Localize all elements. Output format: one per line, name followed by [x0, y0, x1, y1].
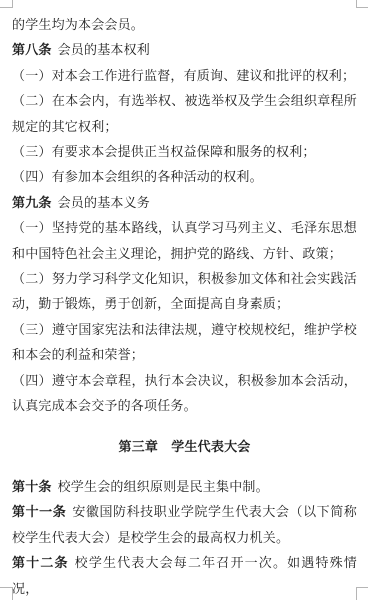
paragraph: （四）遵守本会章程，执行本会决议，积极参加本会活动，认真完成本会交予的各项任务。 — [12, 368, 357, 419]
article-number: 第九条 — [12, 195, 52, 210]
paragraph: 第十条校学生会的组织原则是民主集中制。 — [12, 474, 357, 499]
article-number: 第十一条 — [12, 504, 66, 519]
paragraph: 的学生均为本会会员。 — [12, 12, 357, 37]
crop-mark-top-right-icon — [356, 0, 368, 8]
paragraph-text: （三）遵守国家宪法和法律法规，遵守校规校纪，维护学校和本会的利益和荣誉； — [12, 322, 357, 362]
paragraph: （二）努力学习科学文化知识，积极参加文体和社会实践活动，勤于锻炼，勇于创新，全面… — [12, 266, 357, 317]
paragraph-text: （一）对本会工作进行监督，有质询、建议和批评的权利； — [12, 68, 355, 83]
paragraph-text: （三）有要求本会提供正当权益保障和服务的权利； — [12, 144, 316, 159]
paragraph-text: 会员的基本义务 — [58, 195, 150, 210]
document-body[interactable]: 的学生均为本会会员。 第八条会员的基本权利 （一）对本会工作进行监督，有质询、建… — [12, 12, 357, 600]
paragraph: （三）有要求本会提供正当权益保障和服务的权利； — [12, 139, 357, 164]
crop-mark-bottom-right-icon — [356, 587, 368, 600]
paragraph-text: （四）有参加本会组织的各种活动的权利。 — [12, 169, 263, 184]
paragraph-text: （四）遵守本会章程，执行本会决议，积极参加本会活动，认真完成本会交予的各项任务。 — [12, 373, 357, 413]
paragraph: （一）对本会工作进行监督，有质询、建议和批评的权利； — [12, 63, 357, 88]
article-number: 第十条 — [12, 479, 52, 494]
paragraph: 第九条会员的基本义务 — [12, 190, 357, 215]
paragraph-text: （二）努力学习科学文化知识，积极参加文体和社会实践活动，勤于锻炼，勇于创新，全面… — [12, 271, 357, 311]
paragraph-text: 校学生会的组织原则是民主集中制。 — [58, 479, 269, 494]
crop-mark-top-left-icon — [0, 0, 13, 8]
paragraph: （四）有参加本会组织的各种活动的权利。 — [12, 164, 357, 189]
chapter-heading: 第三章 学生代表大会 — [12, 434, 357, 459]
paragraph: 第八条会员的基本权利 — [12, 37, 357, 62]
paragraph-text: （一）坚持党的基本路线，认真学习马列主义、毛泽东思想和中国特色社会主义理论，拥护… — [12, 220, 357, 260]
article-number: 第十二条 — [12, 555, 69, 570]
paragraph-text: 会员的基本权利 — [58, 42, 150, 57]
paragraph: （三）遵守国家宪法和法律法规，遵守校规校纪，维护学校和本会的利益和荣誉； — [12, 317, 357, 368]
article-number: 第八条 — [12, 42, 52, 57]
paragraph: （二）在本会内，有选举权、被选举权及学生会组织章程所规定的其它权利； — [12, 88, 357, 139]
paragraph-text: （二）在本会内，有选举权、被选举权及学生会组织章程所规定的其它权利； — [12, 93, 357, 133]
document-page: 的学生均为本会会员。 第八条会员的基本权利 （一）对本会工作进行监督，有质询、建… — [0, 0, 368, 600]
paragraph: 第十一条安徽国防科技职业学院学生代表大会（以下简称校学生代表大会）是校学生会的最… — [12, 499, 357, 550]
paragraph: （一）坚持党的基本路线，认真学习马列主义、毛泽东思想和中国特色社会主义理论，拥护… — [12, 215, 357, 266]
paragraph: 第十二条校学生代表大会每二年召开一次。如遇特殊情况， — [12, 550, 357, 600]
paragraph-text: 第三章 学生代表大会 — [118, 439, 250, 454]
paragraph-text: 的学生均为本会会员。 — [12, 17, 144, 32]
